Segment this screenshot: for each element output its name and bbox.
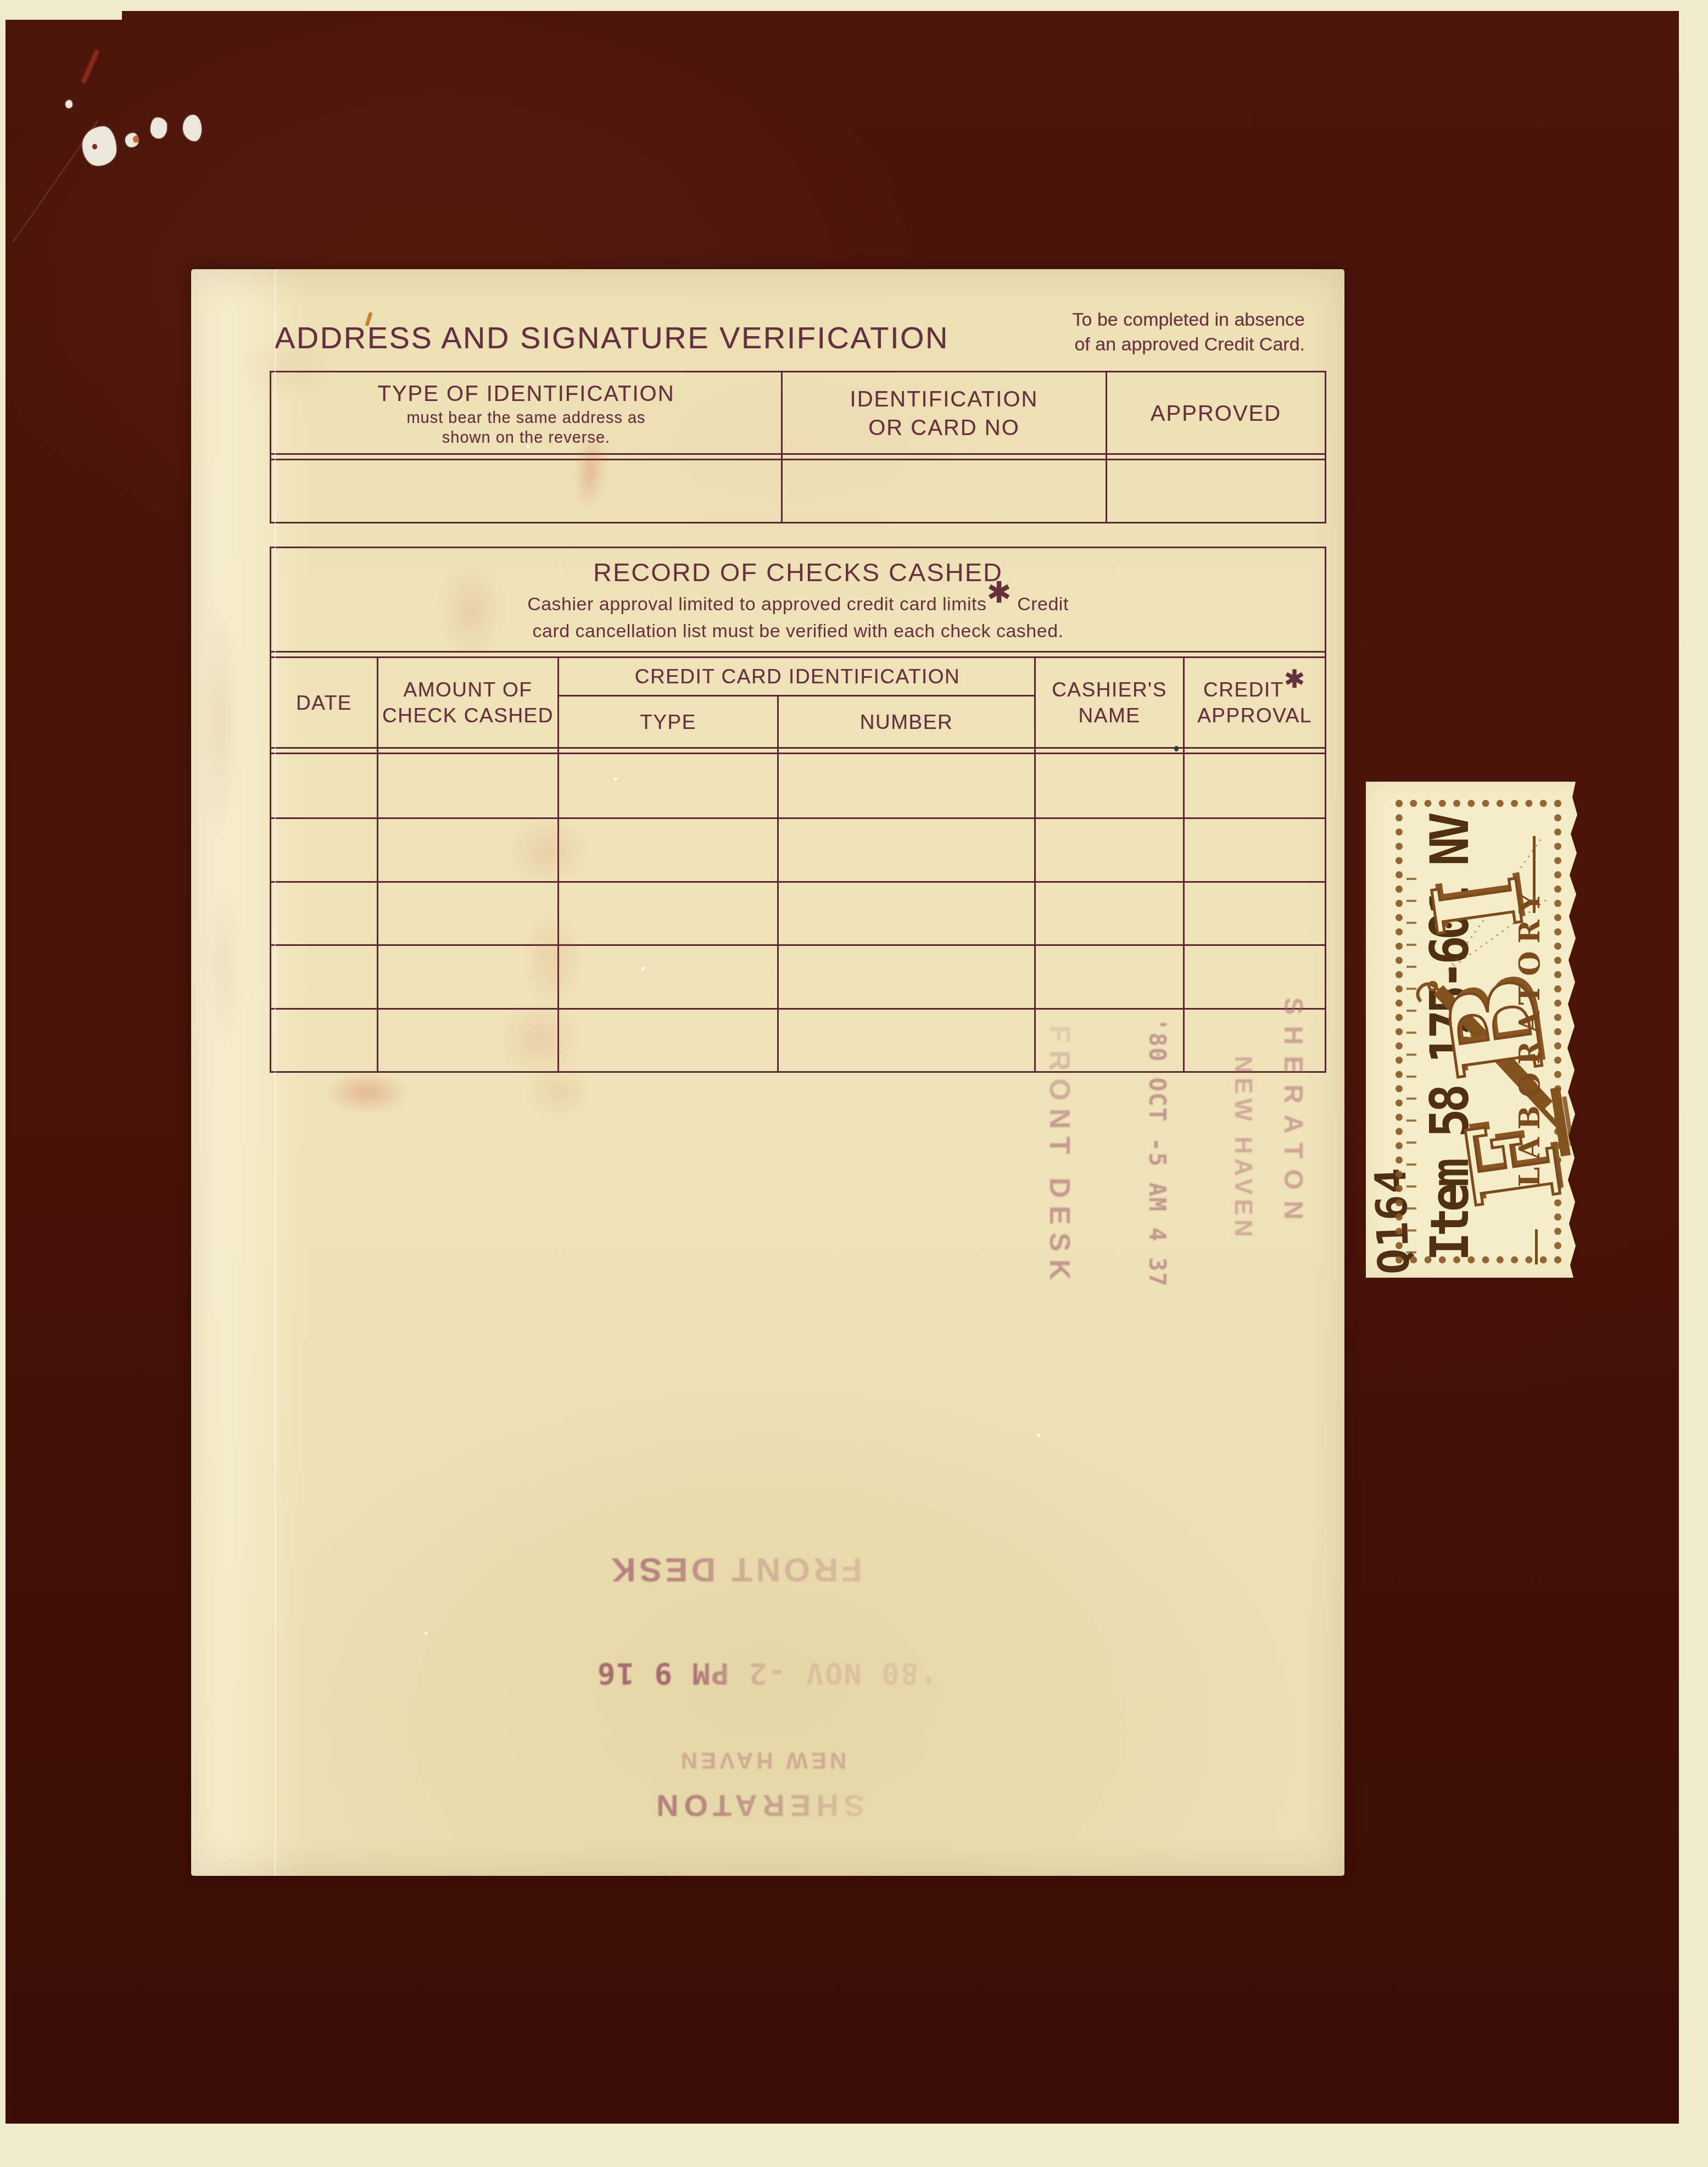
t1-idno-line2: OR CARD NO xyxy=(868,414,1020,442)
t2-header-credit: CREDIT✱ APPROVAL xyxy=(1185,658,1325,747)
stamp-sheraton-vertical: SHERATON xyxy=(1277,974,1310,1254)
t2-cashier-line1: CASHIER'S xyxy=(1052,677,1167,703)
photo-margin-step xyxy=(5,11,122,20)
stamp-sheraton-flipped: SHERATON xyxy=(641,1789,874,1824)
corner-stain xyxy=(241,335,339,401)
stamp-date-oct-vertical: '80 OCT -5 AM 4 37 xyxy=(1142,1010,1173,1295)
dark-speck xyxy=(92,144,97,149)
verification-card: ADDRESS AND SIGNATURE VERIFICATION To be… xyxy=(191,269,1344,1876)
laboratory-label: LABORATORY xyxy=(1513,846,1547,1225)
t2-ccid-label: CREDIT CARD IDENTIFICATION xyxy=(635,664,961,689)
t2-header-amount: AMOUNT OF CHECK CASHED xyxy=(378,658,557,747)
photo-dark-mount: ADDRESS AND SIGNATURE VERIFICATION To be… xyxy=(5,11,1679,2124)
t2-subtitle-line1: Cashier approval limited to approved cre… xyxy=(271,593,1325,615)
red-smudge xyxy=(496,1000,584,1077)
t2-cashier-line2: NAME xyxy=(1079,703,1141,728)
t2-sub1b: Credit xyxy=(1012,594,1069,615)
fbi-evidence-label: Q164 Item 58 175-601 NV xyxy=(1366,782,1584,1278)
t2-header-underline xyxy=(271,747,1325,754)
red-smudge xyxy=(441,563,501,656)
t1-type-title: TYPE OF IDENTIFICATION xyxy=(377,380,674,408)
t2-number-label: NUMBER xyxy=(860,709,953,735)
t1-header-idno: IDENTIFICATION OR CARD NO xyxy=(783,372,1106,455)
t2-amount-line1: AMOUNT OF xyxy=(404,677,533,703)
t2-amount-line2: CHECK CASHED xyxy=(382,703,554,728)
t2-type-label: TYPE xyxy=(640,709,696,735)
paper-speck xyxy=(1037,1434,1040,1437)
note-line-2: of an approved Credit Card. xyxy=(1073,332,1305,357)
t2-subtitle-line2: card cancellation list must be verified … xyxy=(271,621,1325,642)
paper-speck xyxy=(526,445,529,448)
orange-speck xyxy=(133,136,139,143)
stamp-front-desk-flipped: FRONT DESK xyxy=(596,1550,874,1590)
asterisk-glyph: ✱ xyxy=(986,576,1012,609)
t2-credit-label: CREDIT xyxy=(1203,678,1284,701)
card-corner-note: To be completed in absence of an approve… xyxy=(1073,308,1305,357)
t1-empty-row xyxy=(271,460,1325,522)
t2-title: RECORD OF CHECKS CASHED xyxy=(271,557,1325,587)
red-smudge xyxy=(521,909,584,1011)
paper-speck xyxy=(641,967,645,970)
dust-fleck xyxy=(150,118,167,138)
t2-header-date: DATE xyxy=(271,658,377,747)
dust-fleck xyxy=(82,126,116,166)
t2-titleblock-underline xyxy=(271,651,1325,658)
identification-table: TYPE OF IDENTIFICATION must bear the sam… xyxy=(270,371,1326,523)
red-smudge xyxy=(526,1066,592,1118)
t2-sub1a: Cashier approval limited to approved cre… xyxy=(527,594,986,615)
checks-cashed-table: RECORD OF CHECKS CASHED Cashier approval… xyxy=(270,547,1326,1073)
stamp-new-haven-flipped: NEW HAVEN xyxy=(667,1746,857,1775)
edge-stain xyxy=(210,879,241,1055)
stamp-new-haven-vertical: NEW HAVEN xyxy=(1227,1047,1258,1250)
t1-type-sub1: must bear the same address as xyxy=(406,408,645,428)
laboratory-left-rule xyxy=(1535,1229,1538,1264)
dust-fleck xyxy=(65,100,72,108)
stamp-front-desk-vertical: FRONT DESK xyxy=(1042,1022,1077,1291)
paper-speck xyxy=(614,777,617,781)
t2-header-type: TYPE xyxy=(559,697,777,747)
t2-row-line-3 xyxy=(271,944,1325,946)
red-streak xyxy=(81,49,100,84)
stamp-date-nov-flipped: '80 NOV -2 PM 9 16 xyxy=(595,1657,939,1690)
red-smudge xyxy=(326,1072,408,1113)
scratch-line xyxy=(13,120,99,242)
paper-speck xyxy=(425,1631,428,1635)
ink-speck xyxy=(1174,746,1179,751)
t2-credit-line2: APPROVAL xyxy=(1197,703,1312,728)
t2-header-cashier: CASHIER'S NAME xyxy=(1036,658,1183,747)
edge-stain xyxy=(201,604,239,840)
t2-row-line-2 xyxy=(271,881,1325,883)
t1-header-approved: APPROVED xyxy=(1107,372,1325,455)
t2-header-ccid: CREDIT CARD IDENTIFICATION xyxy=(559,658,1036,695)
laboratory-right-rule xyxy=(1533,836,1536,913)
card-title: ADDRESS AND SIGNATURE VERIFICATION xyxy=(275,320,949,355)
dust-fleck xyxy=(183,115,202,141)
t2-credit-line1: CREDIT✱ xyxy=(1203,677,1306,703)
note-line-1: To be completed in absence xyxy=(1073,308,1305,332)
scanned-evidence-photo-page: ADDRESS AND SIGNATURE VERIFICATION To be… xyxy=(0,0,1708,2167)
t2-row-line-1 xyxy=(271,817,1325,819)
fbi-label-rotated-content: Q164 Item 58 175-601 NV xyxy=(1366,782,1584,1278)
t1-approved-label: APPROVED xyxy=(1151,399,1281,428)
credit-asterisk: ✱ xyxy=(1284,665,1306,693)
t2-title-block: RECORD OF CHECKS CASHED Cashier approval… xyxy=(271,557,1325,642)
t1-header-type: TYPE OF IDENTIFICATION must bear the sam… xyxy=(271,372,781,455)
paper-crease-line xyxy=(275,269,276,1876)
red-smudge xyxy=(507,816,589,887)
paper-speck xyxy=(869,621,873,624)
t2-header-number: NUMBER xyxy=(779,697,1034,747)
t1-idno-line1: IDENTIFICATION xyxy=(850,385,1039,414)
t2-date-label: DATE xyxy=(296,690,352,716)
